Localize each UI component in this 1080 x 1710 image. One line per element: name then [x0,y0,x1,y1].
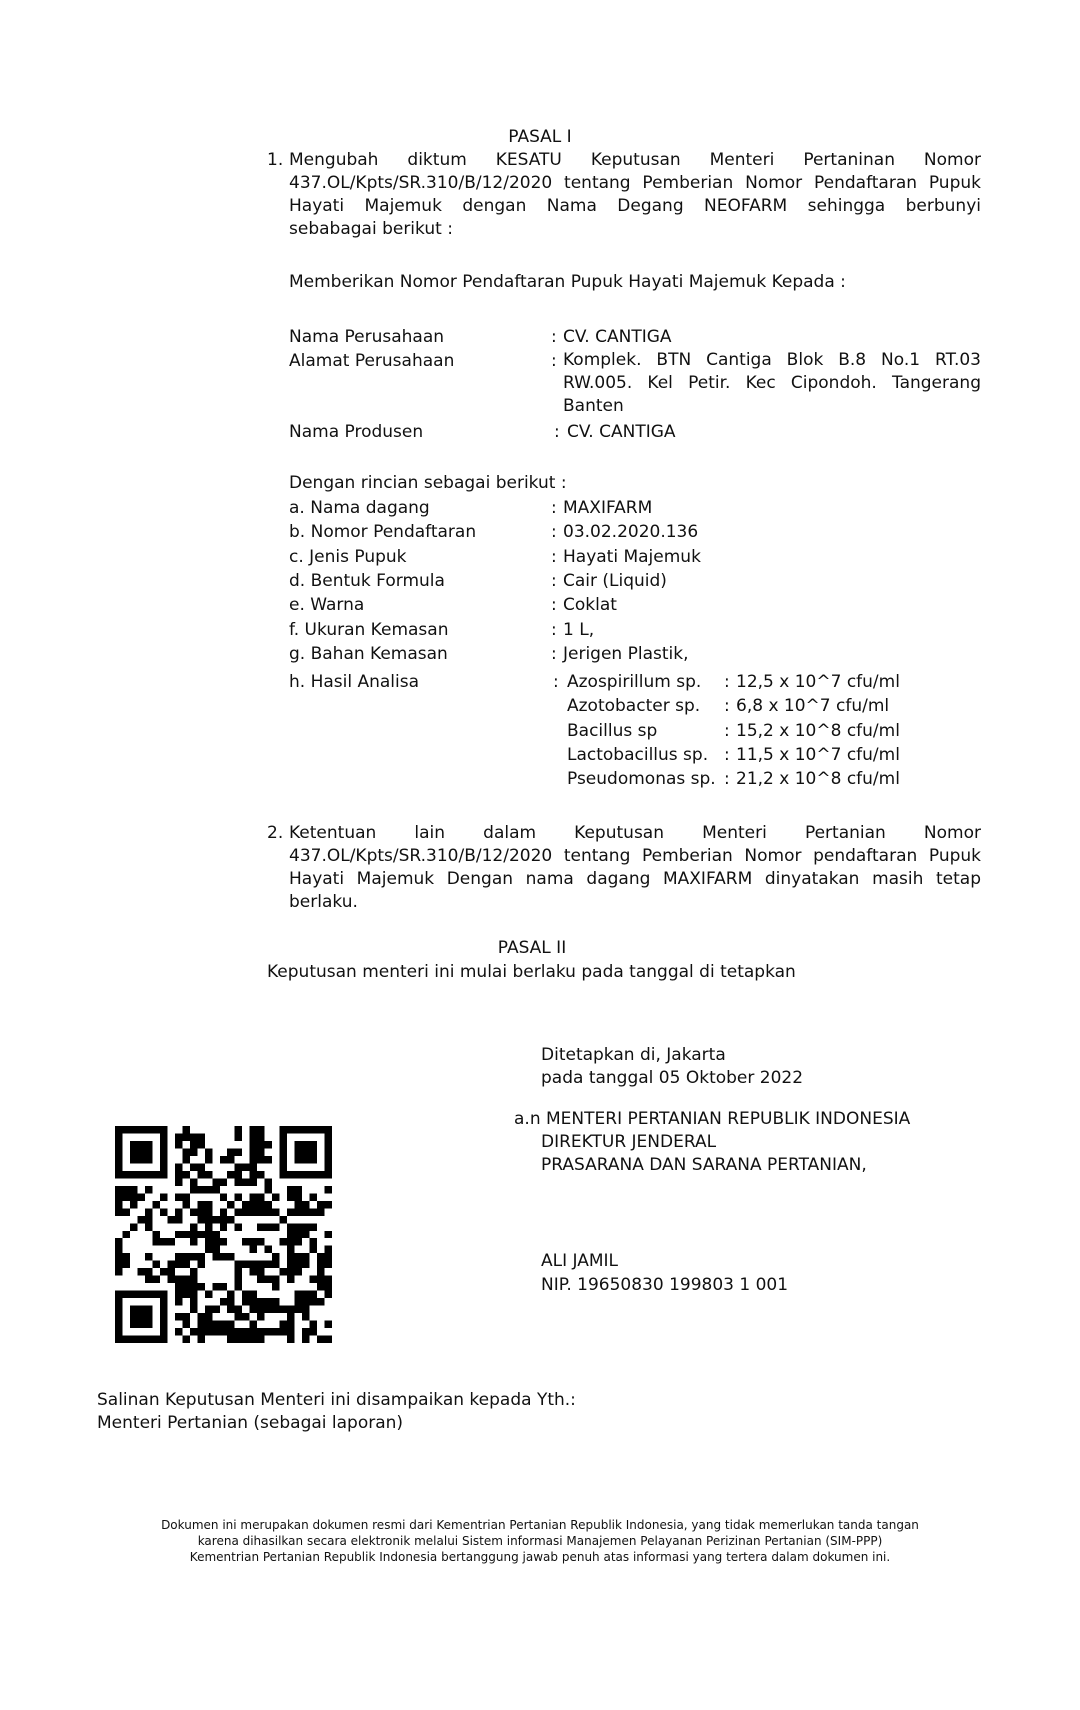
company-address-label: Alamat Perusahaan [289,349,454,373]
colon: : [553,670,559,694]
detail-value: Hayati Majemuk [563,545,701,569]
producer-row: Nama Produsen : CV. CANTIGA [289,420,989,444]
colon: : [551,545,557,569]
colon: : [551,569,557,593]
item-1-line: sebabagai berikut : [289,218,981,241]
signature-position-1: DIREKTUR JENDERAL [541,1131,716,1154]
colon: : [724,670,730,694]
company-name-label: Nama Perusahaan [289,325,444,349]
detail-row: b. Nomor Pendaftaran:03.02.2020.136 [289,520,989,544]
analysis-label: h. Hasil Analisa [289,670,419,694]
footer-disclaimer: Dokumen ini merupakan dokumen resmi dari… [0,1517,1080,1565]
item-1-line: Hayati Majemuk dengan Nama Degang NEOFAR… [289,195,981,218]
detail-label: e. Warna [289,593,364,617]
signatory-nip: NIP. 19650830 199803 1 001 [541,1274,788,1297]
detail-label: c. Jenis Pupuk [289,545,407,569]
organism-name: Azospirillum sp. [567,670,701,694]
colon: : [551,325,557,349]
organism-count: 6,8 x 10^7 cfu/ml [736,694,889,718]
signature-on-behalf: a.n MENTERI PERTANIAN REPUBLIK INDONESIA [514,1108,910,1131]
footer-line: karena dihasilkan secara elektronik mela… [0,1533,1080,1549]
address-line: RW.005. Kel Petir. Kec Cipondoh. Tangera… [563,372,981,395]
detail-value: Cair (Liquid) [563,569,667,593]
organism-count: 12,5 x 10^7 cfu/ml [736,670,900,694]
item-2-line: Ketentuan lain dalam Keputusan Menteri P… [289,822,981,845]
pasal-1-heading: PASAL I [440,126,640,149]
detail-row: e. Warna:Coklat [289,593,989,617]
signature-place: Ditetapkan di, Jakarta [541,1044,726,1067]
company-name-row: Nama Perusahaan : CV. CANTIGA [289,325,989,349]
detail-row: g. Bahan Kemasan:Jerigen Plastik, [289,642,989,666]
organism-count: 11,5 x 10^7 cfu/ml [736,743,900,767]
details-intro: Dengan rincian sebagai berikut : [289,472,567,495]
copy-to-line-1: Salinan Keputusan Menteri ini disampaika… [97,1389,576,1412]
organism-count: 15,2 x 10^8 cfu/ml [736,719,900,743]
item-2-line: berlaku. [289,891,981,914]
detail-row: a. Nama dagang:MAXIFARM [289,496,989,520]
detail-label: g. Bahan Kemasan [289,642,448,666]
address-line: Banten [563,395,981,418]
detail-row: f. Ukuran Kemasan:1 L, [289,618,989,642]
colon: : [724,719,730,743]
detail-value: Coklat [563,593,617,617]
colon: : [551,349,557,373]
colon: : [551,618,557,642]
item-1-paragraph: Mengubah diktum KESATU Keputusan Menteri… [289,149,981,241]
organism-name: Lactobacillus sp. [567,743,708,767]
company-name-value: CV. CANTIGA [563,325,672,349]
qr-code-icon [115,1126,332,1343]
detail-row: d. Bentuk Formula:Cair (Liquid) [289,569,989,593]
company-address-value: Komplek. BTN Cantiga Blok B.8 No.1 RT.03… [563,349,981,418]
item-1-line: Mengubah diktum KESATU Keputusan Menteri… [289,149,981,172]
detail-label: b. Nomor Pendaftaran [289,520,476,544]
detail-value: MAXIFARM [563,496,652,520]
detail-label: a. Nama dagang [289,496,430,520]
colon: : [551,642,557,666]
item-2-paragraph: Ketentuan lain dalam Keputusan Menteri P… [289,822,981,914]
item-1-number: 1. [267,149,283,172]
pasal-2-heading: PASAL II [432,937,632,960]
colon: : [724,743,730,767]
company-address-row: Alamat Perusahaan : Komplek. BTN Cantiga… [289,349,989,421]
colon: : [724,694,730,718]
footer-line: Kementrian Pertanian Republik Indonesia … [0,1549,1080,1565]
item-2-line: 437.OL/Kpts/SR.310/B/12/2020 tentang Pem… [289,845,981,868]
item-2-number: 2. [267,822,283,845]
detail-value: 1 L, [563,618,594,642]
organism-name: Bacillus sp [567,719,657,743]
organism-name: Pseudomonas sp. [567,767,716,791]
signature-position-2: PRASARANA DAN SARANA PERTANIAN, [541,1154,867,1177]
item-1-line: 437.OL/Kpts/SR.310/B/12/2020 tentang Pem… [289,172,981,195]
detail-label: f. Ukuran Kemasan [289,618,448,642]
address-line: Komplek. BTN Cantiga Blok B.8 No.1 RT.03 [563,349,981,372]
registration-intro: Memberikan Nomor Pendaftaran Pupuk Hayat… [289,271,846,294]
producer-label: Nama Produsen [289,420,423,444]
colon: : [724,767,730,791]
colon: : [551,593,557,617]
copy-to-line-2: Menteri Pertanian (sebagai laporan) [97,1412,403,1435]
detail-label: d. Bentuk Formula [289,569,445,593]
organism-count: 21,2 x 10^8 cfu/ml [736,767,900,791]
colon: : [554,420,560,444]
pasal-2-text: Keputusan menteri ini mulai berlaku pada… [267,961,796,984]
organism-name: Azotobacter sp. [567,694,700,718]
detail-value: 03.02.2020.136 [563,520,698,544]
detail-value: Jerigen Plastik, [563,642,689,666]
item-2-line: Hayati Majemuk Dengan nama dagang MAXIFA… [289,868,981,891]
signature-date: pada tanggal 05 Oktober 2022 [541,1067,803,1090]
producer-value: CV. CANTIGA [567,420,676,444]
signatory-name: ALI JAMIL [541,1250,618,1273]
footer-line: Dokumen ini merupakan dokumen resmi dari… [0,1517,1080,1533]
colon: : [551,496,557,520]
detail-row: c. Jenis Pupuk:Hayati Majemuk [289,545,989,569]
colon: : [551,520,557,544]
